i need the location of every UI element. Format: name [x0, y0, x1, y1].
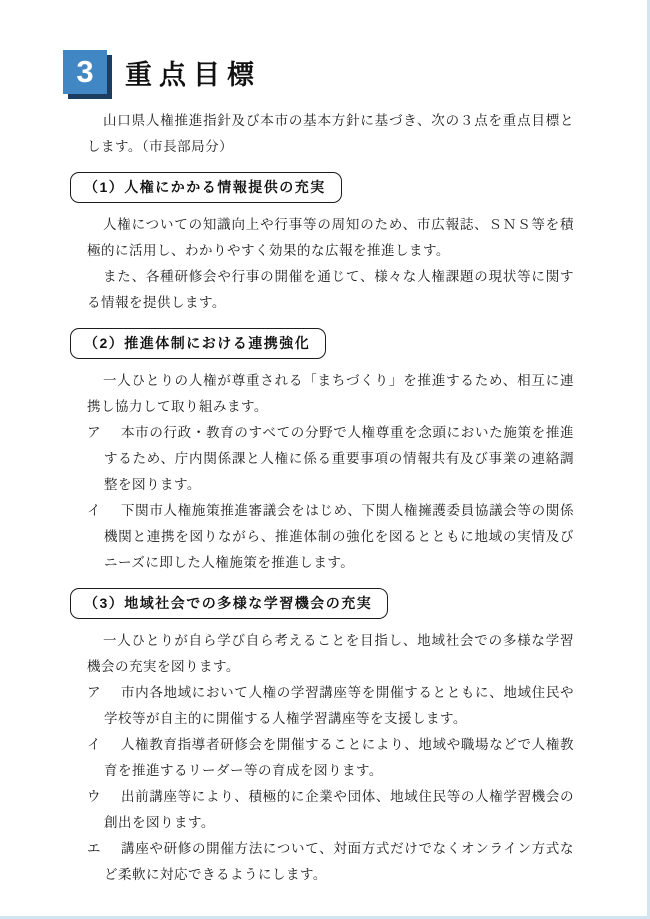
document-content: 3 重点目標 山口県人権推進指針及び本市の基本方針に基づき、次の３点を重点目標と…	[0, 0, 650, 888]
section-3-list-item-u: ウ 出前講座等により、積極的に企業や団体、地域住民等の人権学習機会の創出を図りま…	[87, 784, 574, 836]
section-2-list-item-i: イ 下関市人権施策推進審議会をはじめ、下関人権擁護委員協議会等の関係機関と連携を…	[87, 498, 574, 576]
list-item-label: ア	[87, 680, 101, 706]
list-item-label: イ	[87, 732, 101, 758]
list-item-text: 市内各地域において人権の学習講座等を開催するとともに、地域住民や学校等が自主的に…	[104, 685, 574, 726]
section-2-heading-box: （2）推進体制における連携強化	[70, 328, 326, 359]
list-item-label: ア	[87, 420, 101, 446]
list-item-text: 人権教育指導者研修会を開催することにより、地域や職場などで人権教育を推進するリー…	[104, 737, 574, 778]
section-1-paragraph-1: 人権についての知識向上や行事等の周知のため、市広報誌、ＳＮＳ等を積極的に活用し、…	[87, 212, 574, 264]
list-item-text: 出前講座等により、積極的に企業や団体、地域住民等の人権学習機会の創出を図ります。	[104, 789, 574, 830]
section-2-paragraph-1: 一人ひとりの人権が尊重される「まちづくり」を推進するため、相互に連携し協力して取…	[87, 368, 574, 420]
section-3-paragraph-1: 一人ひとりが自ら学び自ら考えることを目指し、地域社会での多様な学習機会の充実を図…	[87, 628, 574, 680]
section-3-list-item-e: エ 講座や研修の開催方法について、対面方式だけでなくオンライン方式など柔軟に対応…	[87, 836, 574, 888]
list-item-label: イ	[87, 498, 101, 524]
document-page: 3 重点目標 山口県人権推進指針及び本市の基本方針に基づき、次の３点を重点目標と…	[0, 0, 650, 919]
list-item-text: 本市の行政・教育のすべての分野で人権尊重を念頭においた施策を推進するため、庁内関…	[104, 425, 574, 492]
section-2: （2）推進体制における連携強化 一人ひとりの人権が尊重される「まちづくり」を推進…	[70, 316, 574, 576]
section-3-list-item-a: ア 市内各地域において人権の学習講座等を開催するとともに、地域住民や学校等が自主…	[87, 680, 574, 732]
section-header: 3 重点目標	[63, 50, 574, 94]
section-2-list-item-a: ア 本市の行政・教育のすべての分野で人権尊重を念頭においた施策を推進するため、庁…	[87, 420, 574, 498]
list-item-label: エ	[87, 836, 101, 862]
section-1-paragraph-2: また、各種研修会や行事の開催を通じて、様々な人権課題の現状等に関する情報を提供し…	[87, 264, 574, 316]
section-3-heading-box: （3）地域社会での多様な学習機会の充実	[70, 588, 388, 619]
section-1: （1）人権にかかる情報提供の充実 人権についての知識向上や行事等の周知のため、市…	[70, 160, 574, 316]
list-item-label: ウ	[87, 784, 101, 810]
list-item-text: 下関市人権施策推進審議会をはじめ、下関人権擁護委員協議会等の関係機関と連携を図り…	[104, 503, 574, 570]
page-title: 重点目標	[125, 53, 261, 92]
list-item-text: 講座や研修の開催方法について、対面方式だけでなくオンライン方式など柔軟に対応でき…	[104, 841, 574, 882]
section-1-heading-box: （1）人権にかかる情報提供の充実	[70, 172, 342, 203]
section-3: （3）地域社会での多様な学習機会の充実 一人ひとりが自ら学び自ら考えることを目指…	[70, 576, 574, 888]
section-3-list-item-i: イ 人権教育指導者研修会を開催することにより、地域や職場などで人権教育を推進する…	[87, 732, 574, 784]
section-number-badge: 3	[63, 50, 107, 94]
intro-paragraph: 山口県人権推進指針及び本市の基本方針に基づき、次の３点を重点目標とします。（市長…	[87, 108, 574, 160]
